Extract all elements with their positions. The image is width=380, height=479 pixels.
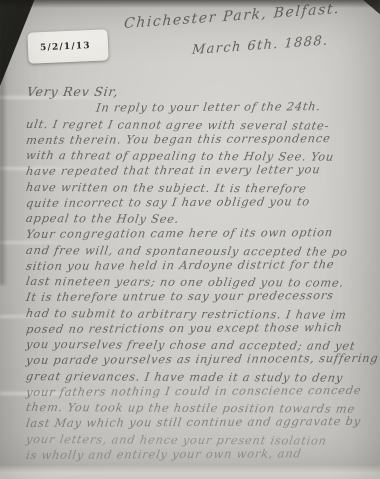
letter-line: is wholly and entirely your own work, an…: [25, 445, 379, 463]
scan-edge-bottom: [0, 465, 380, 479]
letter-line: In reply to your letter of the 24th.: [25, 99, 379, 117]
letter-line: sition you have held in Ardoyne district…: [25, 256, 379, 274]
letter-line: your fathers nothing I could in conscien…: [25, 382, 379, 400]
scan-edge-top: [0, 0, 380, 8]
letter-line: last May which you still continue and ag…: [25, 414, 379, 432]
letter-line: It is therefore untrue to say your prede…: [25, 288, 379, 306]
archive-label-sticker: 5/2/1/13: [27, 29, 108, 63]
letter-line: have repeated that threat in every lette…: [25, 162, 379, 180]
letter-line: Your congregation came here of its own o…: [25, 225, 379, 243]
scan-edge-left: [0, 55, 7, 285]
letter-line: quite incorrect to say I have obliged yo…: [25, 193, 379, 211]
letter-salutation: Very Rev Sir,: [26, 84, 120, 99]
letter-paper: Chichester Park, Belfast. March 6th. 188…: [0, 0, 380, 479]
letter-line: ments therein. You began this correspond…: [25, 130, 379, 148]
archive-reference-number: 5/2/1/13: [28, 41, 91, 54]
letter-date: March 6th. 1888.: [191, 33, 329, 58]
scanned-letter: Chichester Park, Belfast. March 6th. 188…: [0, 0, 380, 479]
letter-line: posed no restrictions on you except thos…: [25, 319, 379, 337]
letter-body: In reply to your letter of the 24th.ult.…: [26, 101, 378, 463]
letter-line: you parade yourselves as injured innocen…: [25, 351, 379, 369]
